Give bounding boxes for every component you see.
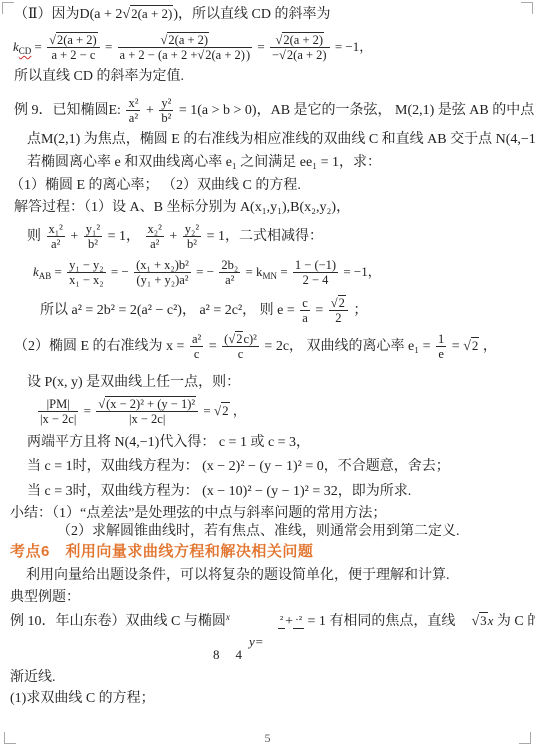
subscript-ab: AB (39, 271, 52, 281)
section-heading-kaodian6: 考点6 利用向量求曲线方程和解决相关问题 (10, 543, 313, 562)
fraction: x₂²a² (146, 222, 164, 252)
formula-kab: kAB = y₁ − y₂x₁ − x₂ = − (x₁ + x₂)b²(y₁ … (33, 258, 381, 288)
text-line-summary-1: 小结：（1）“点差法”是处理弦的中点与斜率问题的常用方法； (10, 505, 386, 523)
text: 所以 a² = 2b² = 2(a² − c²)， a² = 2c²， 则 e … (40, 303, 295, 318)
equals-one: = 1， (108, 229, 140, 244)
denominator-8: 8 (213, 647, 220, 662)
text-line-let-p: 设 P(x, y) 是双曲线上任一点，则： (27, 374, 240, 392)
denominator: b² (159, 111, 173, 125)
fraction: x₁²a² (47, 222, 65, 252)
page-number: 5 (0, 731, 535, 746)
radicand: 2(a + 2) (130, 5, 173, 21)
denominator: a² (146, 237, 164, 251)
sqrt-symbol: √ (122, 7, 130, 22)
radicand: (x − 2)² + (y − 1)² (105, 396, 196, 411)
numerator: y² (159, 96, 173, 111)
radicand: 2(a + 2) (56, 32, 98, 47)
denominator: c (222, 347, 259, 361)
fraction: (√2c)²c (222, 332, 259, 362)
fraction: 2b₂a² (219, 258, 240, 288)
radicand: 2 (471, 337, 480, 353)
text-line-asymptote: 渐近线. (10, 669, 56, 687)
numerator: 1 (436, 332, 446, 347)
fraction: y₁ − y₂x₁ − x₂ (67, 258, 106, 288)
radicand: 2 (338, 295, 346, 310)
text: ， (233, 403, 246, 418)
text: ； (353, 303, 367, 318)
text-line-question1: (1)求双曲线 C 的方程； (10, 690, 155, 708)
equals: = (452, 339, 460, 354)
text: )，所以直线 CD 的斜率为 (173, 7, 330, 22)
result: = −1， (343, 264, 380, 279)
numerator: x₂² (146, 222, 164, 237)
stray-denominators: 84 (213, 647, 242, 663)
denominator-part: ) (246, 48, 250, 62)
formula-kcd: kCD = √2(a + 2)a + 2 − c = √2(a + 2)a + … (13, 33, 372, 63)
text-line-example10: 例 10．年山东卷）双曲线 C 与椭圆x²+·² = 1 有相同的焦点，直线√3… (10, 612, 535, 631)
sqrt-symbol: √ (471, 614, 479, 629)
fraction: x²a² (126, 96, 140, 126)
formula-directrix: （2）椭圆 E 的右准线为 x = a²c = (√2c)²c = 2c， 双曲… (14, 332, 497, 362)
sqrt-symbol: √ (331, 296, 338, 310)
denominator: 2 − 4 (293, 273, 338, 287)
radicand: 2(a + 2) (286, 47, 328, 62)
equals: = (280, 264, 287, 279)
denominator: a² (126, 111, 140, 125)
denominator: a (300, 311, 310, 325)
fraction: 1e (436, 332, 446, 362)
fraction: a²c (190, 332, 203, 362)
text: = 1(a > b > 0)，AB 是它的一条弦， M(2,1) 是弦 AB 的… (179, 103, 535, 118)
text-line-summary-2: （2）求解圆锥曲线时，若有焦点、准线，则通常会用到第二定义. (57, 523, 460, 541)
equals: = (35, 39, 42, 54)
equals: = − (111, 264, 129, 279)
fraction: √2(a + 2)a + 2 − c (47, 33, 100, 63)
fraction: |PM||x − 2c| (38, 397, 78, 427)
fraction: y₂²b² (183, 222, 201, 252)
fraction: y₁²b² (84, 222, 102, 252)
text-line-example9-2: 点M(2,1) 为焦点，椭圆 E 的右准线为相应准线的双曲线 C 和直线 AB … (27, 131, 535, 149)
denominator: a² (47, 237, 65, 251)
result: = −1， (335, 39, 372, 54)
denominator: 2 (329, 311, 348, 325)
numerator: y₂² (183, 222, 201, 237)
formula-eccentricity: 所以 a² = 2b² = 2(a² − c²)， a² = 2c²， 则 e … (40, 296, 367, 326)
numerator: x² (126, 96, 140, 111)
text: 有相同的焦点，直线 (329, 614, 455, 629)
text: 例 10．年山东卷）双曲线 C 与椭圆 (10, 614, 226, 629)
equals: = (209, 339, 217, 354)
radicand: 2(a + 2) (282, 32, 324, 47)
stray-y-equals: y= (249, 634, 264, 650)
document-page: （Ⅱ）因为D(a + 2√2(a + 2))，所以直线 CD 的斜率为 kCD … (0, 0, 535, 750)
radicand: 3 (479, 612, 488, 628)
text-line-solution-start: 解答过程：（1）设 A、B 坐标分别为 A(x₁,y₁),B(x₂,y₂)， (14, 199, 350, 217)
text: 为 C 的一条 (493, 614, 535, 629)
equals-one: = 1 (308, 614, 326, 629)
equals: = (257, 39, 264, 54)
equals: = (84, 403, 91, 418)
numerator: a² (190, 332, 203, 347)
text-line-example9-questions: （1）椭圆 E 的离心率； （2）双曲线 C 的方程. (10, 177, 301, 195)
plus-sign: + (169, 229, 177, 244)
text: 则 (27, 229, 41, 244)
denominator: b² (183, 237, 201, 251)
equals: = (105, 39, 112, 54)
fraction-stub: ·² (293, 614, 304, 629)
denominator-4: 4 (236, 647, 243, 662)
denominator: b² (84, 237, 102, 251)
numerator: (x₁ + x₂)b² (134, 258, 191, 273)
numerator: x₁² (47, 222, 65, 237)
radicand: 2(a + 2) (204, 47, 246, 62)
fraction: (x₁ + x₂)b²(y₁ + y₂)a² (134, 258, 191, 288)
equals: = (203, 403, 210, 418)
denominator-part: a + 2 − (a + 2 + (120, 48, 198, 62)
equals: = (55, 264, 62, 279)
text-line-conclusion-slope: 所以直线 CD 的斜率为定值. (14, 68, 184, 86)
text-line-case-c3: 当 c = 3时，双曲线方程为： (x − 10)² − (y − 1)² = … (27, 483, 411, 501)
equals-k: = k (245, 264, 262, 279)
text: = 2c， 双曲线的离心率 e₁ = (264, 339, 430, 354)
fraction: √(x − 2)² + (y − 1)²|x − 2c| (96, 397, 198, 427)
text: 例 9．已知椭圆E: (14, 103, 121, 118)
text: ， (483, 339, 497, 354)
numerator: y₁² (84, 222, 102, 237)
sqrt-symbol: √ (49, 33, 56, 47)
radicand: 2(a + 2) (167, 32, 209, 47)
radicand: 2 (221, 402, 230, 418)
paren: c)² (243, 332, 256, 346)
numerator: 1 − (−1) (293, 258, 338, 273)
denominator: a + 2 − c (47, 48, 100, 62)
denominator: |x − 2c| (96, 412, 198, 426)
fraction: y²b² (159, 96, 173, 126)
subscript-cd: CD (19, 46, 32, 56)
numerator: |PM| (38, 397, 78, 412)
denominator: e (436, 347, 446, 361)
fraction: √2(a + 2)a + 2 − (a + 2 +√2(a + 2)) (118, 33, 253, 63)
text-line-square-both: 两端平方且将 N(4,−1)代入得： c = 1 或 c = 3， (27, 434, 310, 452)
text-line-typical-examples: 典型例题： (10, 589, 80, 607)
denominator: x₁ − x₂ (67, 273, 106, 287)
numerator: 2b₂ (219, 258, 240, 273)
formula-pm-ratio: |PM||x − 2c| = √(x − 2)² + (y − 1)²|x − … (36, 397, 246, 427)
equals: = − (196, 264, 214, 279)
equals: = (315, 303, 323, 318)
sqrt-symbol: √ (279, 48, 286, 62)
denominator: a² (219, 273, 240, 287)
text: = 1，二式相减得： (207, 229, 323, 244)
denominator: c (190, 347, 203, 361)
text-line-part2-intro: （Ⅱ）因为D(a + 2√2(a + 2))，所以直线 CD 的斜率为 (14, 6, 330, 24)
numerator: y₁ − y₂ (67, 258, 106, 273)
crop-mark-top-right (521, 2, 533, 14)
subscript-mn: MN (263, 271, 278, 281)
superscript-x: x (226, 612, 230, 622)
plus-sign: + (146, 103, 154, 118)
plus-sign: + (70, 229, 78, 244)
crop-mark-top-left (2, 2, 14, 14)
text-line-case-c1: 当 c = 1时，双曲线方程为： (x − 2)² − (y − 1)² = 0… (27, 458, 450, 476)
sqrt-symbol: √ (463, 339, 471, 354)
fraction: √2(a + 2)−√2(a + 2) (270, 33, 330, 63)
denominator: (y₁ + y₂)a² (134, 273, 191, 287)
text: （Ⅱ）因为D(a + 2 (14, 7, 122, 22)
fraction: √22 (329, 296, 348, 326)
fraction: ca (300, 296, 310, 326)
minus-sign: − (272, 48, 279, 62)
fraction: 1 − (−1)2 − 4 (293, 258, 338, 288)
denominator: |x − 2c| (38, 412, 78, 426)
text-line-example9-1: 例 9．已知椭圆E: x²a² + y²b² = 1(a > b > 0)，AB… (14, 96, 535, 126)
plus-sign: + (285, 614, 293, 629)
text-line-vector-intro: 利用向量给出题设条件，可以将复杂的题设简单化，便于理解和计算. (26, 567, 450, 585)
text-line-example9-3: 若椭圆离心率 e 和双曲线离心率 e₁ 之间满足 ee₁ = 1，求： (27, 154, 381, 172)
formula-two-equations: 则 x₁²a² + y₁²b² = 1， x₂²a² + y₂²b² = 1，二… (27, 222, 323, 252)
numerator: c (300, 296, 310, 311)
text: （2）椭圆 E 的右准线为 x = (14, 339, 184, 354)
